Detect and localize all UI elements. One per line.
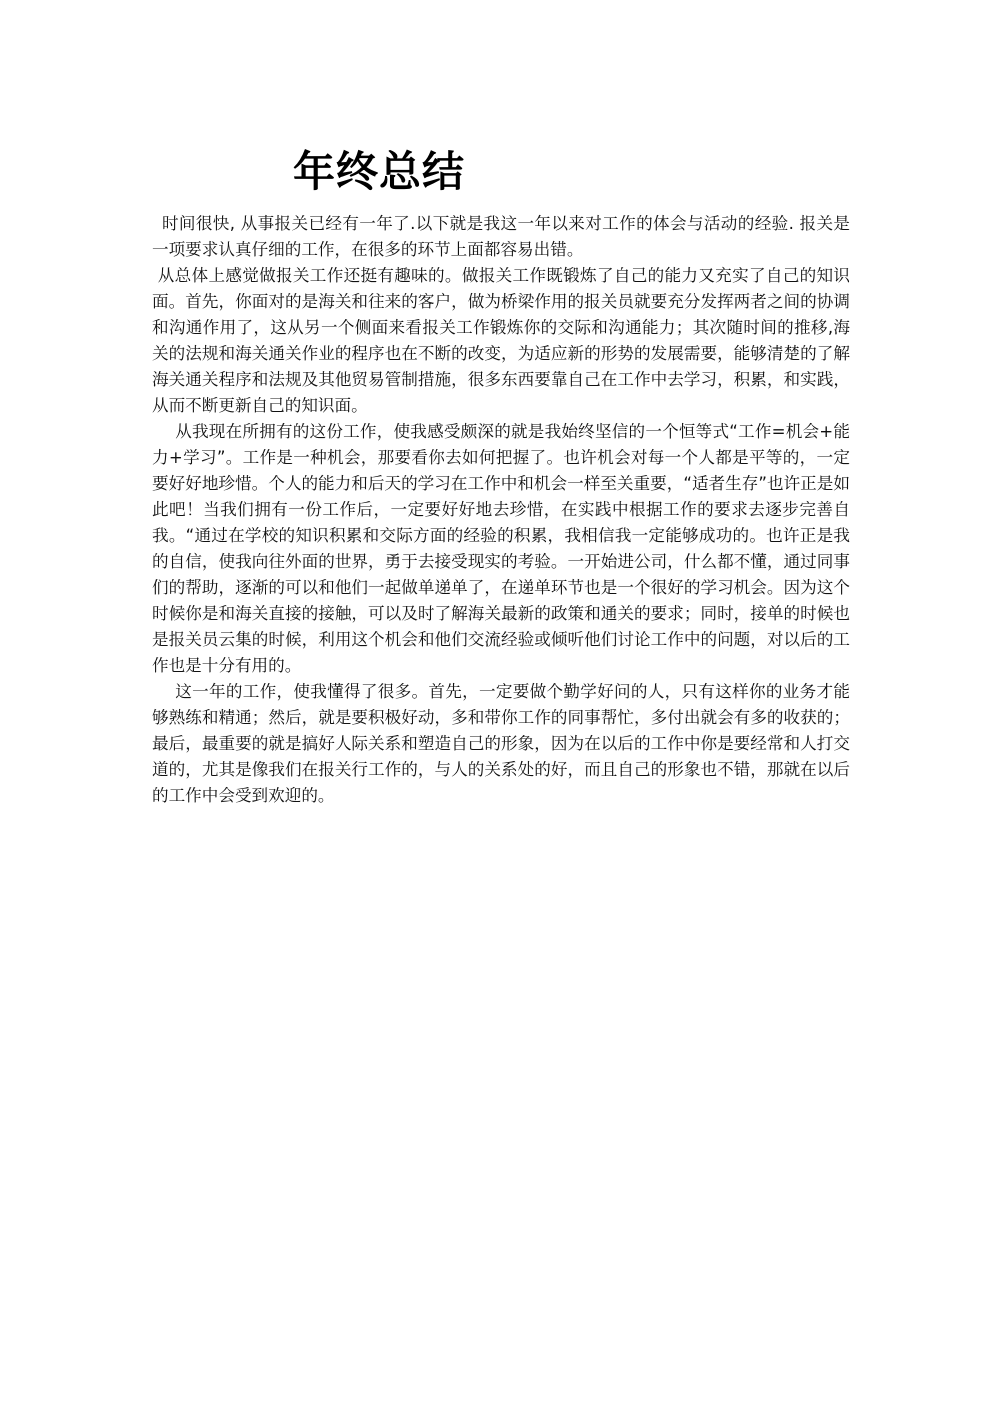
paragraph-work-equation: 从我现在所拥有的这份工作，使我感受颇深的就是我始终坚信的一个恒等式“工作=机会+…: [152, 419, 850, 679]
paragraph-intro: 时间很快, 从事报关已经有一年了.以下就是我这一年以来对工作的体会与活动的经验.…: [152, 211, 850, 263]
paragraph-lessons-learned: 这一年的工作，使我懂得了很多。首先，一定要做个勤学好问的人，只有这样你的业务才能…: [152, 679, 850, 809]
document-title: 年终总结: [293, 146, 465, 198]
document-page: 年终总结 时间很快, 从事报关已经有一年了.以下就是我这一年以来对工作的体会与活…: [0, 0, 1000, 1415]
document-body: 时间很快, 从事报关已经有一年了.以下就是我这一年以来对工作的体会与活动的经验.…: [152, 211, 850, 809]
paragraph-overall-impression: 从总体上感觉做报关工作还挺有趣味的。做报关工作既锻炼了自己的能力又充实了自己的知…: [152, 263, 850, 419]
